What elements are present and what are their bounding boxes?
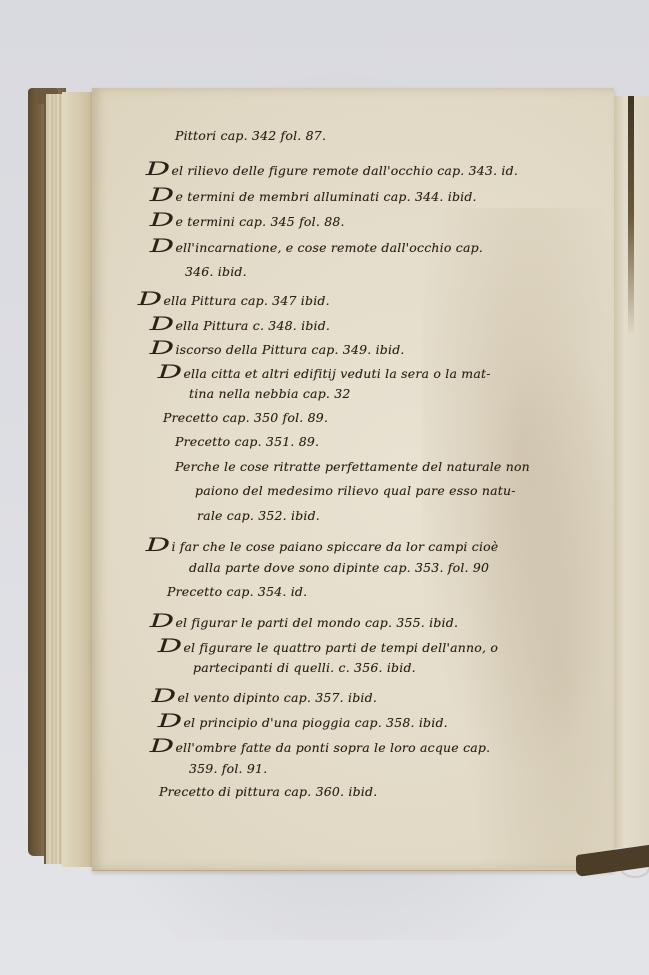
index-entry: Precetto di pittura cap. 360. ibid. <box>159 784 377 799</box>
flourished-initial: D <box>150 209 175 231</box>
index-entry: Di far che le cose paiano spiccare da lo… <box>155 534 499 556</box>
flourished-initial: D <box>152 685 177 707</box>
entry-text: paiono del medesimo rilievo qual pare es… <box>195 483 516 498</box>
index-entry: tina nella nebbia cap. 32 <box>189 386 351 401</box>
entry-text: ell'ombre fatte da ponti sopra le loro a… <box>175 740 490 755</box>
entry-text: Precetto cap. 350 fol. 89. <box>163 410 328 425</box>
entry-text: Pittori cap. 342 fol. 87. <box>175 128 326 143</box>
flourished-initial: D <box>146 158 171 180</box>
index-entry: Pittori cap. 342 fol. 87. <box>175 128 326 143</box>
entry-text: i far che le cose paiano spiccare da lor… <box>171 539 498 554</box>
entry-text: ell'incarnatione, e cose remote dall'occ… <box>175 240 483 255</box>
entry-text: rale cap. 352. ibid. <box>197 508 320 523</box>
entry-text: 359. fol. 91. <box>189 761 267 776</box>
index-entry: Del vento dipinto cap. 357. ibid. <box>161 685 377 707</box>
entry-text: ella citta et altri edifitij veduti la s… <box>183 366 490 381</box>
flourished-initial: D <box>150 313 175 335</box>
entry-text: iscorso della Pittura cap. 349. ibid. <box>175 342 404 357</box>
entry-text: Precetto cap. 351. 89. <box>175 434 319 449</box>
entry-text: 346. ibid. <box>185 264 247 279</box>
entry-text: el figurar le parti del mondo cap. 355. … <box>175 615 458 630</box>
flourished-initial: D <box>158 635 183 657</box>
entry-text: Perche le cose ritratte perfettamente de… <box>175 459 530 474</box>
index-entry: Dell'incarnatione, e cose remote dall'oc… <box>159 235 483 257</box>
index-entry: Della Pittura c. 348. ibid. <box>159 313 330 335</box>
entry-text: Precetto cap. 354. id. <box>167 584 307 599</box>
index-entry: Precetto cap. 354. id. <box>167 584 307 599</box>
index-entry: De termini de membri alluminati cap. 344… <box>159 184 477 206</box>
index-entry: Del figurar le parti del mondo cap. 355.… <box>159 610 458 632</box>
entry-text: partecipanti di quelli. c. 356. ibid. <box>193 660 416 675</box>
entry-text: ella Pittura cap. 347 ibid. <box>163 293 329 308</box>
entry-text: dalla parte dove sono dipinte cap. 353. … <box>189 560 489 575</box>
entry-text: el figurare le quattro parti de tempi de… <box>183 640 498 655</box>
flourished-initial: D <box>150 610 175 632</box>
entry-text: el principio d'una pioggia cap. 358. ibi… <box>183 715 447 730</box>
index-entry: Precetto cap. 350 fol. 89. <box>163 410 328 425</box>
index-entry: Del rilievo delle figure remote dall'occ… <box>155 158 518 180</box>
gutter-stain <box>628 96 634 336</box>
entry-text: e termini cap. 345 fol. 88. <box>175 214 344 229</box>
flourished-initial: D <box>138 288 163 310</box>
entry-text: el rilievo delle figure remote dall'occh… <box>171 163 518 178</box>
index-entry: Perche le cose ritratte perfettamente de… <box>175 459 530 474</box>
index-entry: Del principio d'una pioggia cap. 358. ib… <box>167 710 448 732</box>
entry-text: tina nella nebbia cap. 32 <box>189 386 351 401</box>
flourished-initial: D <box>150 337 175 359</box>
flourished-initial: D <box>150 184 175 206</box>
entry-text: Precetto di pittura cap. 360. ibid. <box>159 784 377 799</box>
page-edges-inner <box>62 92 95 867</box>
index-entry: rale cap. 352. ibid. <box>197 508 320 523</box>
index-entry: Del figurare le quattro parti de tempi d… <box>167 635 498 657</box>
index-entry: Della Pittura cap. 347 ibid. <box>147 288 330 310</box>
index-entry: Dell'ombre fatte da ponti sopra le loro … <box>159 735 490 757</box>
index-entry: Precetto cap. 351. 89. <box>175 434 319 449</box>
index-entry: Della citta et altri edifitij veduti la … <box>167 361 491 383</box>
flourished-initial: D <box>150 235 175 257</box>
entry-text: ella Pittura c. 348. ibid. <box>175 318 330 333</box>
entry-text: e termini de membri alluminati cap. 344.… <box>175 189 476 204</box>
flourished-initial: D <box>158 710 183 732</box>
index-entry: De termini cap. 345 fol. 88. <box>159 209 345 231</box>
entry-text: el vento dipinto cap. 357. ibid. <box>177 690 377 705</box>
index-entry: paiono del medesimo rilievo qual pare es… <box>195 483 516 498</box>
index-entry: Discorso della Pittura cap. 349. ibid. <box>159 337 405 359</box>
index-entry: 346. ibid. <box>185 264 247 279</box>
index-entry: 359. fol. 91. <box>189 761 267 776</box>
flourished-initial: D <box>150 735 175 757</box>
flourished-initial: D <box>158 361 183 383</box>
index-entry: partecipanti di quelli. c. 356. ibid. <box>193 660 416 675</box>
open-book: Pittori cap. 342 fol. 87.Del rilievo del… <box>0 0 649 975</box>
flourished-initial: D <box>146 534 171 556</box>
index-entry: dalla parte dove sono dipinte cap. 353. … <box>189 560 489 575</box>
